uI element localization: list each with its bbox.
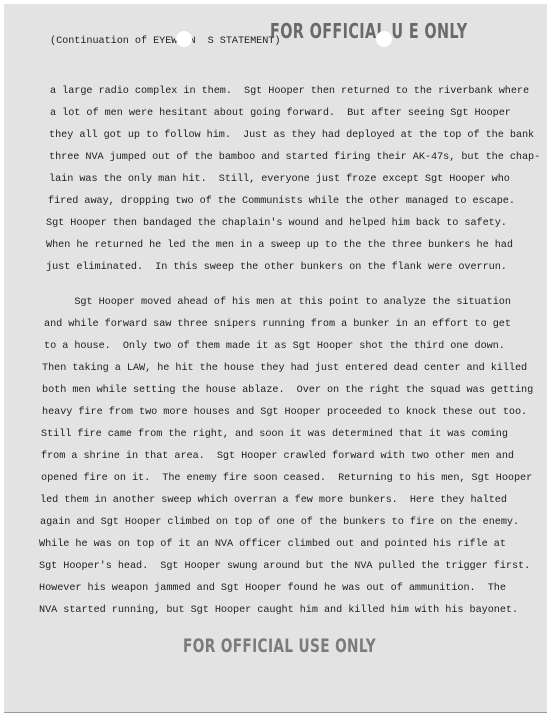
text-line: from a shrine in that area. Sgt Hooper c… [41, 451, 514, 462]
text-line: However his weapon jammed and Sgt Hooper… [39, 583, 506, 594]
text-line: again and Sgt Hooper climbed on top of o… [40, 517, 519, 528]
text-line: they all got up to follow him. Just as t… [49, 130, 534, 141]
text-line: NVA started running, but Sgt Hooper caug… [39, 605, 518, 616]
text-line: Still fire came from the right, and soon… [41, 429, 508, 440]
text-line: led them in another sweep which overran … [40, 495, 507, 506]
text-line: opened fire on it. The enemy fire soon c… [41, 473, 532, 484]
text-line: heavy fire from two more houses and Sgt … [42, 407, 527, 418]
text-line: Sgt Hooper moved ahead of his men at thi… [44, 297, 511, 308]
text-line: just eliminated. In this sweep the other… [46, 262, 507, 273]
text-line: a large radio complex in them. Sgt Hoope… [50, 86, 529, 97]
text-line: and while forward saw three snipers runn… [44, 319, 511, 330]
text-line: Sgt Hooper's head. Sgt Hooper swung arou… [39, 561, 530, 572]
text-line: three NVA jumped out of the bamboo and s… [49, 152, 540, 163]
text-line: lain was the only man hit. Still, everyo… [49, 174, 510, 185]
document-page: (Continuation of EYEWITN S STATEMENT) FO… [4, 4, 547, 713]
punch-hole-right [376, 31, 392, 47]
text-line: to a house. Only two of them made it as … [44, 341, 505, 352]
text-line: both men while setting the house ablaze.… [42, 385, 533, 396]
official-use-stamp-bottom: FOR OFFICIAL USE ONLY [183, 635, 376, 657]
text-line: a lot of men were hesitant about going f… [50, 108, 511, 119]
text-line: fired away, dropping two of the Communis… [48, 196, 515, 207]
text-line: Sgt Hooper then bandaged the chaplain's … [46, 218, 507, 229]
text-line: While he was on top of it an NVA officer… [39, 539, 506, 550]
official-use-stamp-top: FOR OFFICIAL U E ONLY [270, 19, 467, 43]
continuation-header: (Continuation of EYEWITN S STATEMENT) [50, 36, 280, 47]
text-line: When he returned he led the men in a swe… [46, 240, 513, 251]
text-line: Then taking a LAW, he hit the house they… [42, 363, 527, 374]
punch-hole-left [176, 31, 192, 47]
